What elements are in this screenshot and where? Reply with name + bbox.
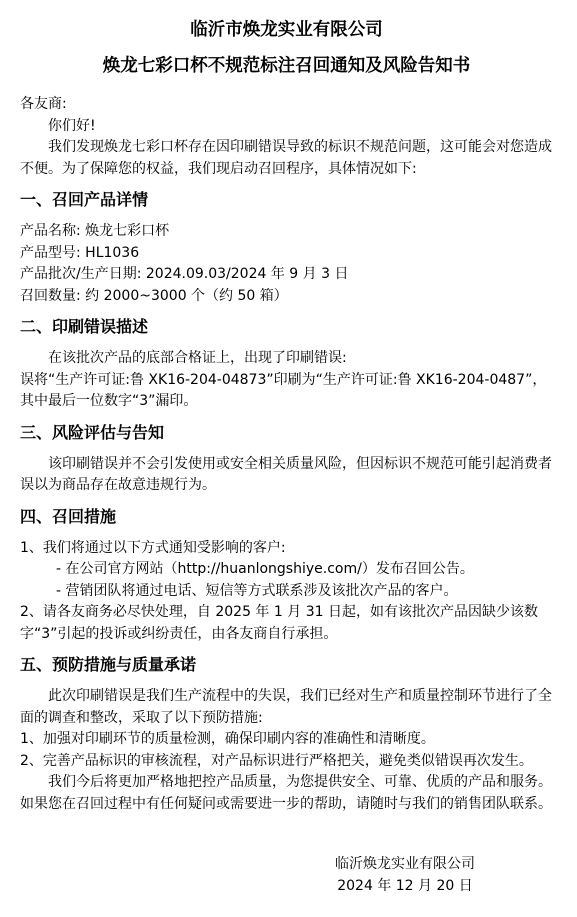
salutation: 各友商: <box>20 94 553 116</box>
section-1-heading: 一、召回产品详情 <box>20 190 553 210</box>
recall-bullet-contact: - 营销团队将通过电话、短信等方式联系涉及该批次产品的客户。 <box>20 581 553 603</box>
recall-notice-document: 临沂市焕龙实业有限公司 焕龙七彩口杯不规范标注召回通知及风险告知书 各友商: 你… <box>0 0 577 917</box>
signature-date: 2024 年 12 月 20 日 <box>335 876 475 898</box>
product-name-row: 产品名称: 焕龙七彩口杯 <box>20 221 553 243</box>
greeting: 你们好! <box>20 116 553 138</box>
section-3-heading: 三、风险评估与告知 <box>20 423 553 443</box>
company-title: 临沂市焕龙实业有限公司 <box>20 16 553 44</box>
prevention-measure-1: 1、加强对印刷环节的质量检测，确保印刷内容的准确性和清晰度。 <box>20 729 553 751</box>
print-error-intro: 在该批次产品的底部合格证上，出现了印刷错误: <box>20 348 553 370</box>
signature-block: 临沂焕龙实业有限公司 2024 年 12 月 20 日 <box>335 854 475 897</box>
risk-assessment-paragraph: 该印刷错误并不会引发使用或安全相关质量风险，但因标识不规范可能引起消费者误以为商… <box>20 454 553 497</box>
product-model-row: 产品型号: HL1036 <box>20 243 553 265</box>
recall-measure-1: 1、我们将通过以下方式通知受影响的客户: <box>20 538 553 560</box>
signature-company: 临沂焕龙实业有限公司 <box>335 854 475 876</box>
prevention-measure-2: 2、完善产品标识的审核流程，对产品标识进行严格把关，避免类似错误再次发生。 <box>20 751 553 773</box>
recall-measure-2: 2、请各友商务必尽快处理，自 2025 年 1 月 31 日起，如有该批次产品因… <box>20 602 553 645</box>
document-title: 焕龙七彩口杯不规范标注召回通知及风险告知书 <box>20 52 553 80</box>
product-batch-row: 产品批次/生产日期: 2024.09.03/2024 年 9 月 3 日 <box>20 264 553 286</box>
recall-bullet-website: - 在公司官方网站（http://huanlongshiye.com/）发布召回… <box>20 559 553 581</box>
print-error-detail: 误将“生产许可证:鲁 XK16-204-04873”印刷为“生产许可证:鲁 XK… <box>20 370 553 413</box>
section-2-heading: 二、印刷错误描述 <box>20 317 553 337</box>
intro-paragraph: 我们发现焕龙七彩口杯存在因印刷错误导致的标识不规范问题，这可能会对您造成不便。为… <box>20 137 553 180</box>
recall-quantity-row: 召回数量: 约 2000~3000 个（约 50 箱） <box>20 286 553 308</box>
section-5-heading: 五、预防措施与质量承诺 <box>20 655 553 675</box>
closing-paragraph: 我们今后将更加严格地把控产品质量，为您提供安全、可靠、优质的产品和服务。如果您在… <box>20 772 553 815</box>
section-4-heading: 四、召回措施 <box>20 507 553 527</box>
prevention-intro: 此次印刷错误是我们生产流程中的失误，我们已经对生产和质量控制环节进行了全面的调查… <box>20 686 553 729</box>
